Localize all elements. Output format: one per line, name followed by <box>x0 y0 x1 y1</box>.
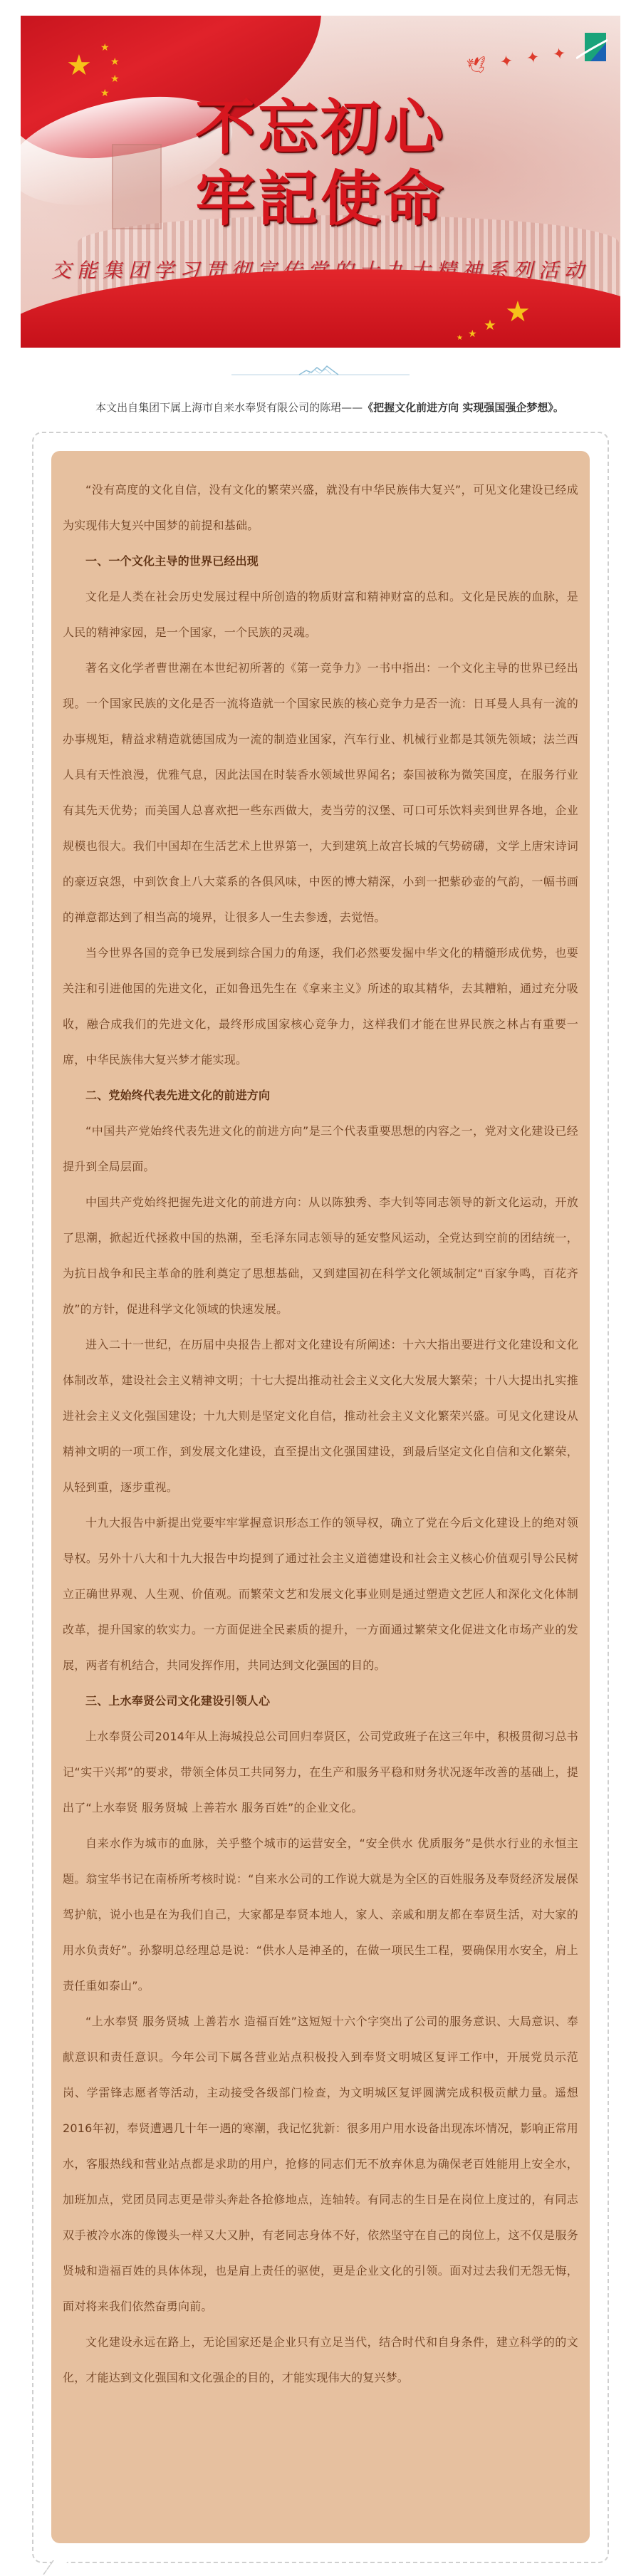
paragraph: 文化建设永远在路上，无论国家还是企业只有立足当代，结合时代和自身条件，建立科学的… <box>63 2325 578 2396</box>
mountain-divider-icon <box>231 360 410 378</box>
section-heading-3: 三、上水奉贤公司文化建设引领人心 <box>63 1683 578 1719</box>
paragraph: 当今世界各国的竞争已发展到综合国力的角逐，我们必然要发掘中华文化的精髓形成优势，… <box>63 935 578 1078</box>
paragraph: 进入二十一世纪，在历届中央报告上都对文化建设有所阐述：十六大指出要进行文化建设和… <box>63 1327 578 1505</box>
paragraph: 十九大报告中新提出党要牢牢掌握意识形态工作的领导权，确立了党在今后文化建设上的绝… <box>63 1505 578 1683</box>
paragraph: “上水奉贤 服务贤城 上善若水 造福百姓”这短短十六个字突出了公司的服务意识、大… <box>63 2004 578 2325</box>
paragraph: 著名文化学者曹世潮在本世纪初所著的《第一竞争力》一书中指出：一个文化主导的世界已… <box>63 650 578 935</box>
star-icon: ★ <box>505 298 531 326</box>
header-banner-image: ★ ★ ★ ★ ★ 🕊 ✦ ✦ ✦ 不忘初心 牢記使命 交能集团学习贯彻宣传党的… <box>21 16 620 348</box>
doves-icon: 🕊 ✦ ✦ ✦ <box>466 44 571 76</box>
paragraph: “中国共产党始终代表先进文化的前进方向”是三个代表重要思想的内容之一，党对文化建… <box>63 1113 578 1185</box>
article-card: “没有高度的文化自信，没有文化的繁荣兴盛，就没有中华民族伟大复兴”，可见文化建设… <box>51 451 590 2543</box>
paragraph: 自来水作为城市的血脉，关乎整个城市的运营安全，“安全供水 优质服务”是供水行业的… <box>63 1826 578 2004</box>
section-heading-1: 一、一个文化主导的世界已经出现 <box>63 544 578 579</box>
dashed-speech-frame: “没有高度的文化自信，没有文化的繁荣兴盛，就没有中华民族伟大复兴”，可见文化建设… <box>32 432 609 2563</box>
section-heading-2: 二、党始终代表先进文化的前进方向 <box>63 1078 578 1113</box>
star-icon: ★ <box>66 51 92 80</box>
company-logo-icon <box>576 30 608 61</box>
article-source-line: 本文出自集团下属上海市自来水奉贤有限公司的陈珺——《把握文化前进方向 实现强国强… <box>0 399 641 416</box>
star-icon: ★ <box>457 335 463 342</box>
star-icon: ★ <box>468 329 477 339</box>
source-prefix: 本文出自集团下属上海市自来水奉贤有限公司的陈珺—— <box>95 401 363 414</box>
star-icon: ★ <box>484 318 496 332</box>
paragraph: 文化是人类在社会历史发展过程中所创造的物质财富和精神财富的总和。文化是民族的血脉… <box>63 579 578 650</box>
banner-title-line-2: 牢記使命 <box>21 151 620 237</box>
paragraph: “没有高度的文化自信，没有文化的繁荣兴盛，就没有中华民族伟大复兴”，可见文化建设… <box>63 472 578 544</box>
star-icon: ★ <box>100 43 110 53</box>
section-divider <box>231 360 410 378</box>
article-title: 《把握文化前进方向 实现强国强企梦想》。 <box>363 401 564 414</box>
speech-bubble-tail <box>43 2560 68 2575</box>
star-icon: ★ <box>110 57 120 67</box>
paragraph: 中国共产党始终把握先进文化的前进方向：从以陈独秀、李大钊等同志领导的新文化运动，… <box>63 1185 578 1327</box>
paragraph: 上水奉贤公司2014年从上海城投总公司回归奉贤区，公司党政班子在这三年中，积极贯… <box>63 1719 578 1826</box>
